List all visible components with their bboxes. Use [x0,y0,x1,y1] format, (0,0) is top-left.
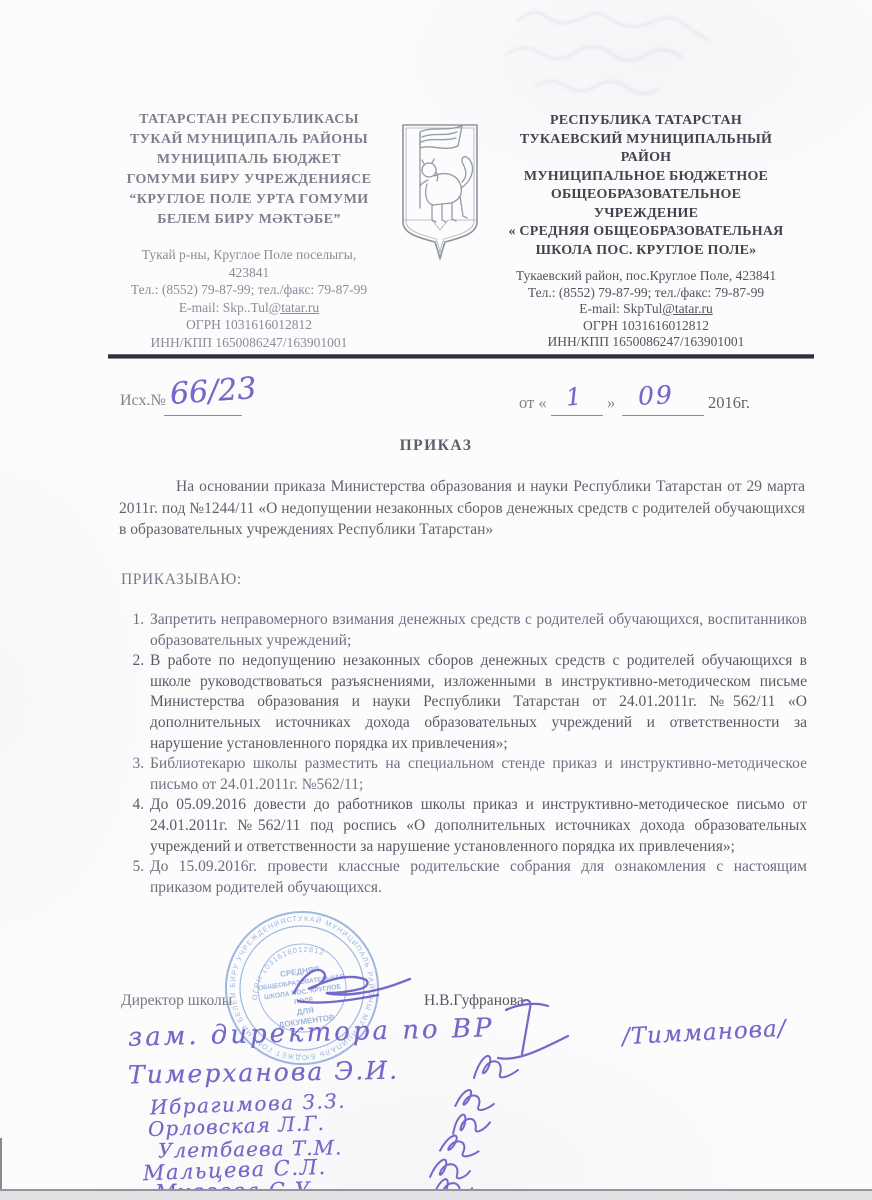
letterhead-russian-column: РЕСПУБЛИКА ТАТАРСТАН ТУКАЕВСКИЙ МУНИЦИПА… [476,112,816,351]
org-line: ШКОЛА ПОС. КРУГЛОЕ ПОЛЕ» [476,242,816,261]
order-item: Запретить неправомерного взимания денежн… [148,610,807,651]
date-prefix: от « [519,393,547,413]
order-word: ПРИКАЗЫВАЮ: [121,571,242,589]
order-items: Запретить неправомерного взимания денежн… [121,610,807,898]
email-line: E-mail: Skp..Tul@tatar.ru [98,299,400,317]
outgoing-number-label: Исх.№ [120,392,166,410]
header-divider-rule [108,354,814,359]
date-year: 2016г. [708,393,750,413]
org-line: ТУКАЕВСКИЙ МУНИЦИПАЛЬНЫЙ [476,131,816,150]
order-item: В работе по недопущению незаконных сборо… [148,651,807,754]
postal-code: 423841 [98,264,400,282]
org-line: РАЙОН [476,149,816,168]
scan-bottom-edge [0,1189,872,1200]
email-prefix: E-mail: SkpTul [579,301,662,316]
org-contacts-tatar: Тукай р-ны, Круглое Поле поселыгы, 42384… [98,246,400,351]
inn-line: ИНН/КПП 1650086247/163901001 [476,334,816,351]
handwritten-role-surname: /Тимманова/ [621,1016,787,1051]
org-line: УЧРЕЖДЕНИЕ [476,205,816,224]
document-title: ПРИКАЗ [0,437,872,455]
org-line: ТУКАЙ МУНИЦИПАЛЬ РАЙОНЫ [98,130,400,150]
scan-left-edge [0,1138,2,1190]
phone-line: Тел.: (8552) 79-87-99; тел./факс: 79-87-… [98,281,400,299]
outgoing-number-blank [164,414,242,416]
ogrn-line: ОГРН 1031616012812 [476,318,816,335]
outgoing-number-handwritten: 66/23 [169,371,258,412]
date-month-handwritten: 09 [637,380,674,411]
bleed-through-handwriting [488,2,798,112]
org-line: « СРЕДНЯЯ ОБЩЕОБРАЗОВАТЕЛЬНАЯ [476,223,816,242]
date-month-blank [622,414,704,416]
org-line: РЕСПУБЛИКА ТАТАРСТАН [476,112,816,131]
email-line: E-mail: SkpTul@tatar.ru [476,301,816,318]
handwritten-role-line: зам. директора по ВР [128,1013,495,1053]
org-line: МУНИЦИПАЛЬ БЮДЖЕТ [98,150,400,170]
org-contacts-russian: Тукаевский район, пос.Круглое Поле, 4238… [476,268,816,351]
order-item: До 05.09.2016 довести до работников школ… [148,795,807,857]
personal-signature [470,1048,522,1088]
order-item: До 15.09.2016г. провести классные родите… [148,857,807,898]
preamble-paragraph: На основании приказа Министерства образо… [119,476,805,541]
email-prefix: E-mail: Skp..Tul [179,300,269,315]
address-line: Тукай р-ны, Круглое Поле поселыгы, [98,246,400,264]
org-name-russian: РЕСПУБЛИКА ТАТАРСТАН ТУКАЕВСКИЙ МУНИЦИПА… [476,112,816,260]
date-day-handwritten: 1 [565,382,583,411]
org-line: МУНИЦИПАЛЬНОЕ БЮДЖЕТНОЕ [476,168,816,187]
org-line: ТАТАРСТАН РЕСПУБЛИКАСЫ [98,110,400,130]
coat-of-arms-lion-banner-icon [398,120,482,266]
org-line: “КРУГЛОЕ ПОЛЕ УРТА ГОМУМИ [98,190,400,210]
email-domain: @tatar.ru [662,301,712,316]
phone-line: Тел.: (8552) 79-87-99; тел./факс: 79-87-… [476,285,816,302]
ogrn-line: ОГРН 1031616012812 [98,316,400,334]
handwritten-name: Тимерханова Э.И. [128,1056,400,1090]
letterhead-tatar-column: ТАТАРСТАН РЕСПУБЛИКАСЫ ТУКАЙ МУНИЦИПАЛЬ … [98,110,400,351]
address-line: Тукаевский район, пос.Круглое Поле, 4238… [476,268,816,285]
date-day-blank [551,414,603,416]
order-item: Библиотекарю школы разместить на специал… [148,754,807,795]
inn-line: ИНН/КПП 1650086247/163901001 [98,334,400,352]
org-name-tatar: ТАТАРСТАН РЕСПУБЛИКАСЫ ТУКАЙ МУНИЦИПАЛЬ … [98,110,400,230]
org-line: ГОМУМИ БИРУ УЧРЕЖДЕНИЯСЕ [98,170,400,190]
scanned-order-document: ТАТАРСТАН РЕСПУБЛИКАСЫ ТУКАЙ МУНИЦИПАЛЬ … [0,0,872,1200]
email-domain: @tatar.ru [269,300,319,315]
org-line: ОБЩЕОБРАЗОВАТЕЛЬНОЕ [476,186,816,205]
director-role-label: Директор школы [121,992,232,1010]
director-signature [288,955,418,1015]
date-close-quote: » [607,393,615,413]
org-line: БЕЛЕМ БИРУ МӘКТӘБЕ” [98,210,400,230]
